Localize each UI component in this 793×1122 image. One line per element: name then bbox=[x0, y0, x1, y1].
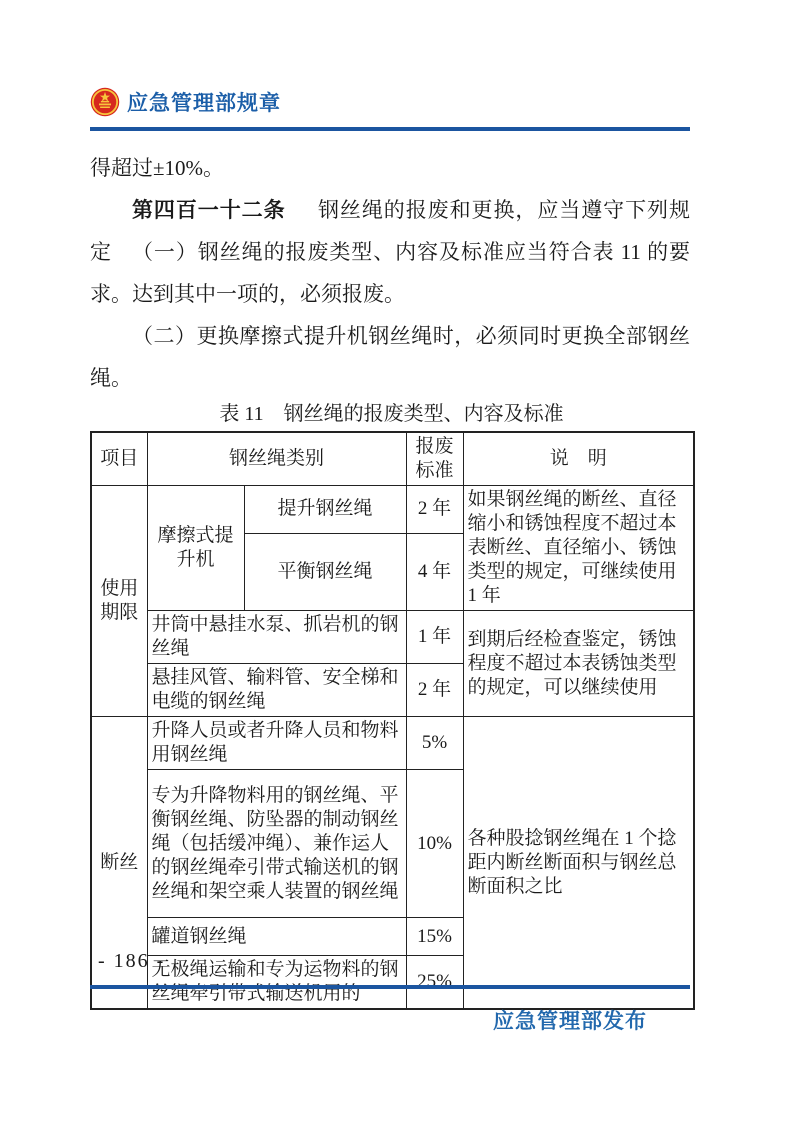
footer-publisher: 应急管理部发布 bbox=[493, 1005, 647, 1035]
footer-divider bbox=[90, 985, 690, 989]
header-brand: 应急管理部规章 bbox=[90, 86, 693, 118]
cell-category: 专为升降物料用的钢丝绳、平衡钢丝绳、防坠器的制动钢丝绳（包括缓冲绳）、兼作运人的… bbox=[147, 770, 406, 918]
cell-category: 罐道钢丝绳 bbox=[147, 918, 406, 956]
table-11-title: 表 11 钢丝绳的报废类型、内容及标准 bbox=[90, 399, 693, 429]
cell-category: 无极绳运输和专为运物料的钢丝绳牵引带式输送机用的 bbox=[147, 956, 406, 1010]
item2-line1: （二）更换摩擦式提升机钢丝绳时，必须同时更换全部钢丝 bbox=[90, 315, 690, 357]
section-label-service-life: 使用期限 bbox=[91, 486, 147, 717]
item1-line1: （一）钢丝绳的报废类型、内容及标准应当符合表 11 的要 bbox=[90, 231, 690, 273]
cell-category: 悬挂风管、输料管、安全梯和电缆的钢丝绳 bbox=[147, 664, 406, 717]
group-label-friction-hoist: 摩擦式提升机 bbox=[147, 486, 244, 611]
cell-category: 井筒中悬挂水泵、抓岩机的钢丝绳 bbox=[147, 611, 406, 664]
cell-note: 到期后经检查鉴定，锈蚀程度不超过本表锈蚀类型的规定，可以继续使用 bbox=[463, 611, 694, 717]
header-cell-category: 钢丝绳类别 bbox=[147, 432, 406, 486]
document-page: 应急管理部规章 得超过±10%。 第四百一十二条钢丝绳的报废和更换，应当遵守下列… bbox=[0, 0, 793, 1122]
page-number: - 186 - bbox=[98, 950, 165, 973]
header-cell-standard: 报废标准 bbox=[406, 432, 463, 486]
table-11: 项目 钢丝绳类别 报废标准 说 明 使用期限 摩擦式提升机 提升钢丝绳 2 年 … bbox=[90, 431, 695, 1010]
table-row: 井筒中悬挂水泵、抓岩机的钢丝绳 1 年 到期后经检查鉴定，锈蚀程度不超过本表锈蚀… bbox=[91, 611, 694, 664]
cell-note: 各种股捻钢丝绳在 1 个捻距内断丝断面积与钢丝总断面积之比 bbox=[463, 717, 694, 1010]
article-number: 第四百一十二条 bbox=[132, 198, 286, 222]
cell-standard: 2 年 bbox=[406, 664, 463, 717]
table-row: 断丝 升降人员或者升降人员和物料用钢丝绳 5% 各种股捻钢丝绳在 1 个捻距内断… bbox=[91, 717, 694, 770]
cell-standard: 5% bbox=[406, 717, 463, 770]
cell-category: 提升钢丝绳 bbox=[244, 486, 406, 534]
cell-note: 如果钢丝绳的断丝、直径缩小和锈蚀程度不超过本表断丝、直径缩小、锈蚀类型的规定，可… bbox=[463, 486, 694, 611]
national-emblem-icon bbox=[90, 87, 120, 117]
header-divider bbox=[90, 127, 690, 131]
header-title: 应急管理部规章 bbox=[127, 87, 281, 117]
cell-category: 升降人员或者升降人员和物料用钢丝绳 bbox=[147, 717, 406, 770]
cell-standard: 2 年 bbox=[406, 486, 463, 534]
cell-standard: 10% bbox=[406, 770, 463, 918]
cell-standard: 4 年 bbox=[406, 533, 463, 610]
header-cell-note: 说 明 bbox=[463, 432, 694, 486]
item1-line2: 求。达到其中一项的，必须报废。 bbox=[90, 273, 690, 315]
item2-line2: 绳。 bbox=[90, 357, 690, 399]
body-line-continuation: 得超过±10%。 bbox=[90, 147, 690, 189]
document-body: 得超过±10%。 第四百一十二条钢丝绳的报废和更换，应当遵守下列规定： （一）钢… bbox=[90, 147, 690, 1010]
table-header-row: 项目 钢丝绳类别 报废标准 说 明 bbox=[91, 432, 694, 486]
cell-standard: 15% bbox=[406, 918, 463, 956]
cell-category: 平衡钢丝绳 bbox=[244, 533, 406, 610]
header-cell-item: 项目 bbox=[91, 432, 147, 486]
cell-standard: 1 年 bbox=[406, 611, 463, 664]
cell-standard: 25% bbox=[406, 956, 463, 1010]
article-412-line: 第四百一十二条钢丝绳的报废和更换，应当遵守下列规定： bbox=[90, 189, 690, 231]
table-row: 使用期限 摩擦式提升机 提升钢丝绳 2 年 如果钢丝绳的断丝、直径缩小和锈蚀程度… bbox=[91, 486, 694, 534]
